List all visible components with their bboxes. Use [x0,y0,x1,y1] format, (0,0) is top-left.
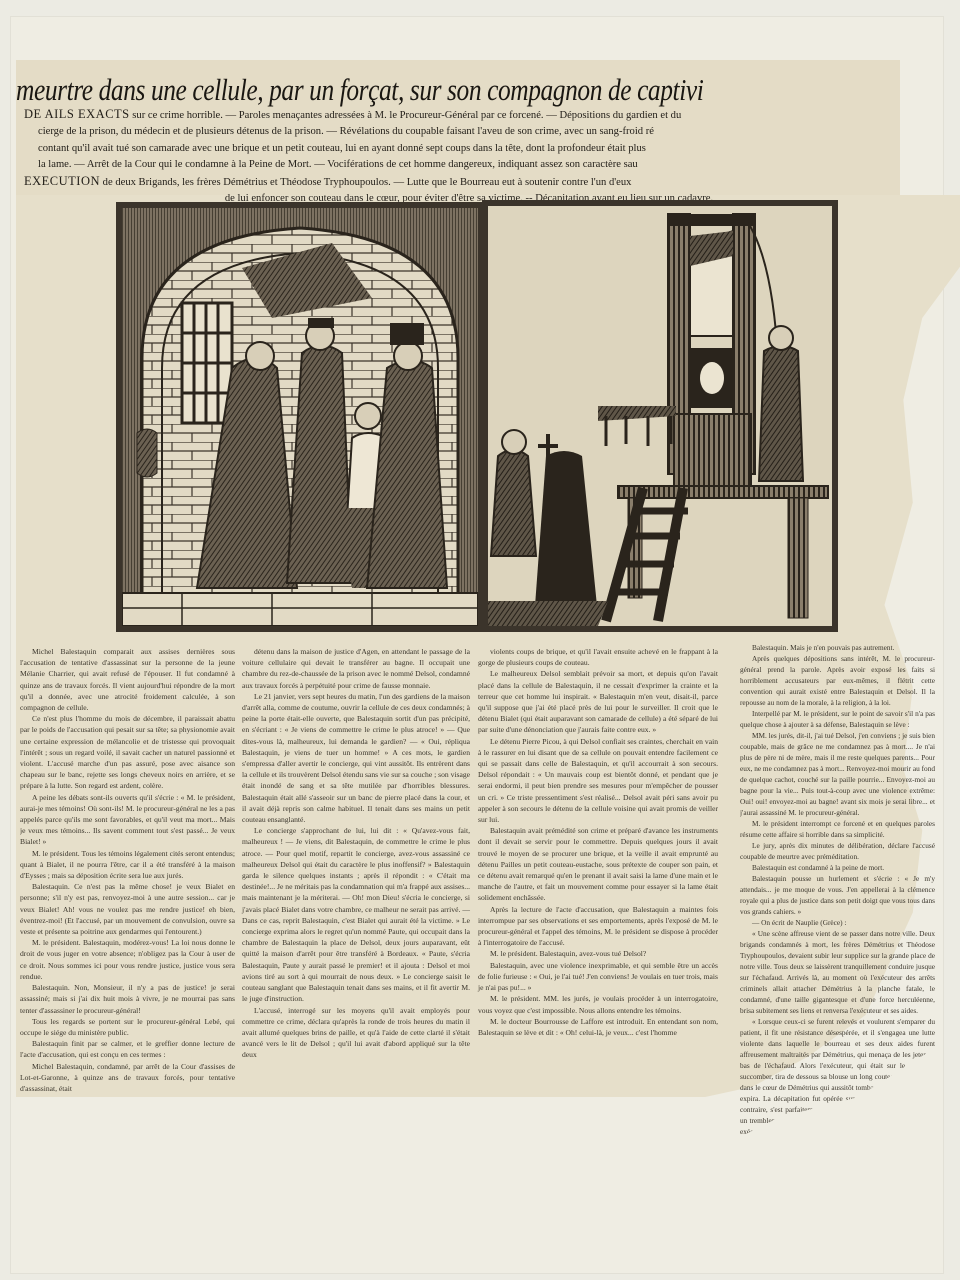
summary-line-5: EXECUTION de deux Brigands, les frères D… [24,177,631,188]
column-1: Michel Balestaquin comparait aux assises… [20,646,235,1094]
paragraph: Le 21 janvier, vers sept heures du matin… [242,691,470,825]
paragraph: M. le président. Tous les témoins légale… [20,848,235,882]
summary-line-3: contant qu'il avait tué son camarade ave… [24,141,914,157]
paragraph: Balestaquin. Ce n'est pas la même chose!… [20,881,235,937]
paragraph: M. le président interrompt ce forcené et… [740,818,935,840]
column-2: détenu dans la maison de justice d'Agen,… [242,646,470,1061]
paragraph: Balestaquin. Mais je n'en pouvais pas au… [740,642,935,653]
paragraph: Le malheureux Delsol semblait prévoir sa… [478,668,718,735]
paragraph: Balestaquin avait prémédité son crime et… [478,825,718,903]
paragraph: Le jury, après dix minutes de délibérati… [740,840,935,862]
paragraph: M. le président. Balestaquin, modérez-vo… [20,937,235,982]
column-3: violents coups de brique, et qu'il l'ava… [478,646,718,1038]
paragraph: Tous les regards se portent sur le procu… [20,1016,235,1038]
paragraph: Balestaquin. Non, Monsieur, il n'y a pas… [20,982,235,1016]
paragraph: Le concierge s'approchant de lui, lui di… [242,825,470,1004]
paragraph: MM. les jurés, dit-il, j'ai tué Delsol, … [740,730,935,818]
summary-line-2: cierge de la prison, du médecin et de pl… [24,124,914,140]
paragraph: « Une scène affreuse vient de se passer … [740,928,935,1016]
paragraph: Balestaquin, avec une violence inexprima… [478,960,718,994]
paragraph: Balestaquin finit par se calmer, et le g… [20,1038,235,1060]
paragraph: Michel Balestaquin comparait aux assises… [20,646,235,713]
paragraph: détenu dans la maison de justice d'Agen,… [242,646,470,691]
headline: meurtre dans une cellule, par un forçat,… [16,72,787,108]
paragraph: Balestaquin pousse un hurlement et s'écr… [740,873,935,917]
paragraph: Après quelques dépositions sans intérêt,… [740,653,935,708]
details-cap: DE AILS EXACTS [24,107,130,121]
paragraph: Après la lecture de l'acte d'accusation,… [478,904,718,949]
paragraph: A peine les débats sont-ils ouverts qu'i… [20,792,235,848]
paragraph: Interpellé par M. le président, sur le p… [740,708,935,730]
paragraph: Balestaquin est condamné à la peine de m… [740,862,935,873]
column-5: Balestaquin. Mais je n'en pouvais pas au… [740,642,935,1137]
paragraph: L'accusé, interrogé sur les moyens qu'il… [242,1005,470,1061]
summary-line-4: la lame. — Arrêt de la Cour qui le conda… [24,157,914,173]
paragraph: Le détenu Pierre Picou, à qui Delsol con… [478,736,718,826]
prison-cell-illustration [122,208,478,626]
paragraph: M. le président. MM. les jurés, je voula… [478,993,718,1015]
summary-line-1: DE AILS EXACTS sur ce crime horrible. — … [24,110,681,121]
paragraph: — On écrit de Nauplie (Grèce) : [740,917,935,928]
execution-cap: EXECUTION [24,174,100,188]
paragraph: Ce n'est plus l'homme du mois de décembr… [20,713,235,791]
paragraph: M. le docteur Bourrousse de Laffore est … [478,1016,718,1038]
guillotine-illustration [488,206,832,626]
paragraph: M. le président. Balestaquin, avez-vous … [478,948,718,959]
paragraph: Michel Balestaquin, condamné, par arrêt … [20,1061,235,1095]
prison-cell-woodcut [116,202,484,632]
summary-block: DE AILS EXACTS sur ce crime horrible. — … [24,106,914,208]
paragraph: violents coups de brique, et qu'il l'ava… [478,646,718,668]
guillotine-execution-woodcut [482,200,838,632]
